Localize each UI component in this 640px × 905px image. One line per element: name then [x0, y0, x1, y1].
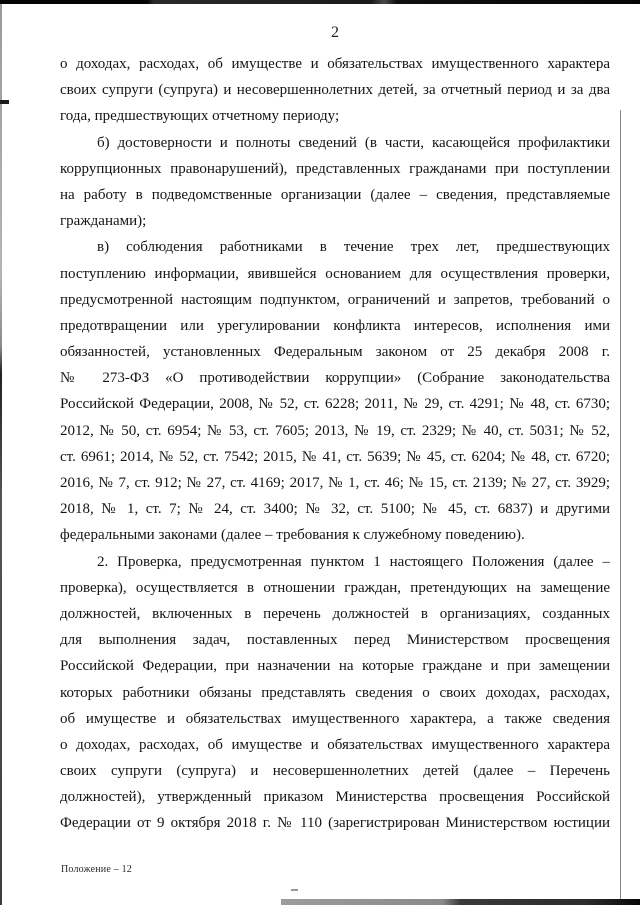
- text-line: проверка), осуществляется в отношении гр…: [60, 575, 610, 601]
- text-line: гражданами);: [60, 208, 610, 234]
- text-line: предотвращении или урегулировании конфли…: [60, 313, 610, 339]
- text-line: федеральными законами (далее – требовани…: [60, 522, 610, 548]
- text-line: которых работники обязаны представлять с…: [60, 680, 610, 706]
- text-line: обязанностей, установленных Федеральным …: [60, 339, 610, 365]
- text-line: о доходах, расходах, об имуществе и обяз…: [60, 51, 610, 77]
- text-line: б) достоверности и полноты сведений (в ч…: [60, 130, 610, 156]
- text-line: в) соблюдения работниками в течение трех…: [60, 234, 610, 260]
- scan-artifact-speck: [291, 889, 298, 891]
- text-line: должностей), утвержденный приказом Минис…: [60, 784, 610, 810]
- text-line: Российской Федерации, при назначении на …: [60, 653, 610, 679]
- document-body: о доходах, расходах, об имуществе и обяз…: [60, 51, 610, 837]
- text-line: об имуществе и обязательствах имуществен…: [60, 706, 610, 732]
- text-line: своих супруги (супруга) и несовершенноле…: [60, 758, 610, 784]
- text-line: 2016, № 7, ст. 912; № 27, ст. 4169; 2017…: [60, 470, 610, 496]
- text-line: предусмотренной настоящим подпунктом, ог…: [60, 287, 610, 313]
- text-line: для выполнения задач, поставленных перед…: [60, 627, 610, 653]
- text-line: Российской Федерации, 2008, № 52, ст. 62…: [60, 391, 610, 417]
- scan-artifact-bottom-edge: [281, 899, 640, 905]
- text-line: ст. 6961; 2014, № 52, ст. 7542; 2015, № …: [60, 444, 610, 470]
- text-line: года, предшествующих отчетному периоду;: [60, 103, 610, 129]
- text-line: на работу в подведомственные организации…: [60, 182, 610, 208]
- text-line: поступлению информации, явившейся основа…: [60, 261, 610, 287]
- scan-artifact-left-edge: [0, 4, 2, 905]
- text-line: 2. Проверка, предусмотренная пунктом 1 н…: [60, 549, 610, 575]
- footer-note: Положение – 12: [61, 864, 132, 875]
- text-line: 2012, № 50, ст. 6954; № 53, ст. 7605; 20…: [60, 418, 610, 444]
- scan-artifact-left-dash: [0, 100, 9, 104]
- text-line: 2018, № 1, ст. 7; № 24, ст. 3400; № 32, …: [60, 496, 610, 522]
- text-line: коррупционных правонарушений), представл…: [60, 156, 610, 182]
- text-line: Федерации от 9 октября 2018 г. № 110 (за…: [60, 810, 610, 836]
- text-line: № 273-ФЗ «О противодействии коррупции» (…: [60, 365, 610, 391]
- page-number: 2: [60, 24, 610, 42]
- text-line: своих супруги (супруга) и несовершенноле…: [60, 77, 610, 103]
- text-line: должностей, включенных в перечень должно…: [60, 601, 610, 627]
- text-line: о доходах, расходах, об имуществе и обяз…: [60, 732, 610, 758]
- document-page: 2 о доходах, расходах, об имуществе и об…: [0, 0, 640, 905]
- scan-artifact-top-edge: [0, 0, 640, 4]
- scan-artifact-right-edge: [620, 110, 621, 905]
